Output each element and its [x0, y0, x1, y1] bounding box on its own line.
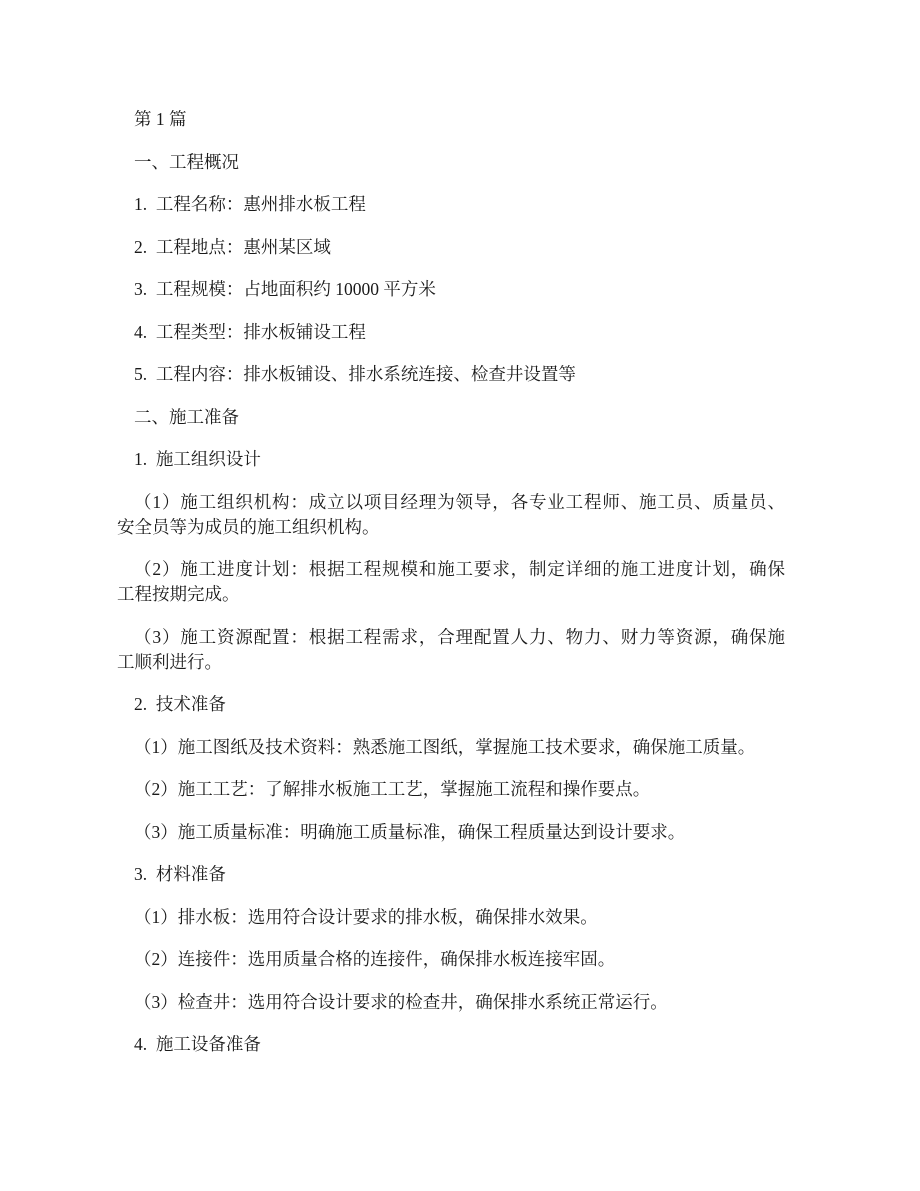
numbered-item-project-type: 4. 工程类型：排水板铺设工程 [117, 320, 785, 345]
numbered-item-text: 1. 施工组织设计 [117, 447, 785, 472]
paragraph-line: 工顺利进行。 [117, 650, 785, 675]
sub-item-connectors: （2）连接件：选用质量合格的连接件，确保排水板连接牢固。 [117, 947, 785, 972]
numbered-item-text: 1. 工程名称：惠州排水板工程 [117, 192, 785, 217]
numbered-item-org-design: 1. 施工组织设计 [117, 447, 785, 472]
numbered-item-equipment-prep: 4. 施工设备准备 [117, 1032, 785, 1057]
paragraph-line: （1）施工图纸及技术资料：熟悉施工图纸，掌握施工技术要求，确保施工质量。 [117, 735, 785, 760]
document-page: 第 1 篇 一、工程概况 1. 工程名称：惠州排水板工程 2. 工程地点：惠州某… [0, 0, 920, 1191]
sub-item-resource-allocation: （3）施工资源配置：根据工程需求，合理配置人力、物力、财力等资源，确保施 工顺利… [117, 625, 785, 675]
paragraph-line: （1）排水板：选用符合设计要求的排水板，确保排水效果。 [117, 905, 785, 930]
sub-item-drainage-board: （1）排水板：选用符合设计要求的排水板，确保排水效果。 [117, 905, 785, 930]
sub-item-schedule-plan: （2）施工进度计划：根据工程规模和施工要求，制定详细的施工进度计划，确保 工程按… [117, 557, 785, 607]
paragraph-line: （2）施工工艺：了解排水板施工工艺，掌握施工流程和操作要点。 [117, 777, 785, 802]
numbered-item-technical-prep: 2. 技术准备 [117, 692, 785, 717]
numbered-item-text: 2. 工程地点：惠州某区域 [117, 235, 785, 260]
sub-item-construction-technique: （2）施工工艺：了解排水板施工工艺，掌握施工流程和操作要点。 [117, 777, 785, 802]
numbered-item-project-name: 1. 工程名称：惠州排水板工程 [117, 192, 785, 217]
paragraph-line: （2）施工进度计划：根据工程规模和施工要求，制定详细的施工进度计划，确保 [117, 557, 785, 582]
sub-item-drawings-materials: （1）施工图纸及技术资料：熟悉施工图纸，掌握施工技术要求，确保施工质量。 [117, 735, 785, 760]
numbered-item-project-content: 5. 工程内容：排水板铺设、排水系统连接、检查井设置等 [117, 362, 785, 387]
numbered-item-text: 3. 材料准备 [117, 862, 785, 887]
paragraph-line: （3）施工资源配置：根据工程需求，合理配置人力、物力、财力等资源，确保施 [117, 625, 785, 650]
paragraph-line: （3）施工质量标准：明确施工质量标准，确保工程质量达到设计要求。 [117, 820, 785, 845]
numbered-item-text: 3. 工程规模：占地面积约 10000 平方米 [117, 277, 785, 302]
sub-item-quality-standard: （3）施工质量标准：明确施工质量标准，确保工程质量达到设计要求。 [117, 820, 785, 845]
numbered-item-project-location: 2. 工程地点：惠州某区域 [117, 235, 785, 260]
section-heading-project-overview: 一、工程概况 [117, 150, 785, 175]
numbered-item-material-prep: 3. 材料准备 [117, 862, 785, 887]
numbered-item-text: 2. 技术准备 [117, 692, 785, 717]
paragraph-line: （1）施工组织机构：成立以项目经理为领导，各专业工程师、施工员、质量员、 [117, 490, 785, 515]
numbered-item-project-scale: 3. 工程规模：占地面积约 10000 平方米 [117, 277, 785, 302]
sub-item-inspection-well: （3）检查井：选用符合设计要求的检查井，确保排水系统正常运行。 [117, 990, 785, 1015]
part-title-text: 第 1 篇 [117, 107, 785, 132]
numbered-item-text: 5. 工程内容：排水板铺设、排水系统连接、检查井设置等 [117, 362, 785, 387]
part-title: 第 1 篇 [117, 107, 785, 132]
section-heading-construction-prep: 二、施工准备 [117, 405, 785, 430]
section-heading-text: 二、施工准备 [117, 405, 785, 430]
paragraph-line: （3）检查井：选用符合设计要求的检查井，确保排水系统正常运行。 [117, 990, 785, 1015]
paragraph-line: （2）连接件：选用质量合格的连接件，确保排水板连接牢固。 [117, 947, 785, 972]
paragraph-line: 工程按期完成。 [117, 582, 785, 607]
section-heading-text: 一、工程概况 [117, 150, 785, 175]
numbered-item-text: 4. 工程类型：排水板铺设工程 [117, 320, 785, 345]
paragraph-line: 安全员等为成员的施工组织机构。 [117, 515, 785, 540]
numbered-item-text: 4. 施工设备准备 [117, 1032, 785, 1057]
sub-item-org-structure: （1）施工组织机构：成立以项目经理为领导，各专业工程师、施工员、质量员、 安全员… [117, 490, 785, 540]
